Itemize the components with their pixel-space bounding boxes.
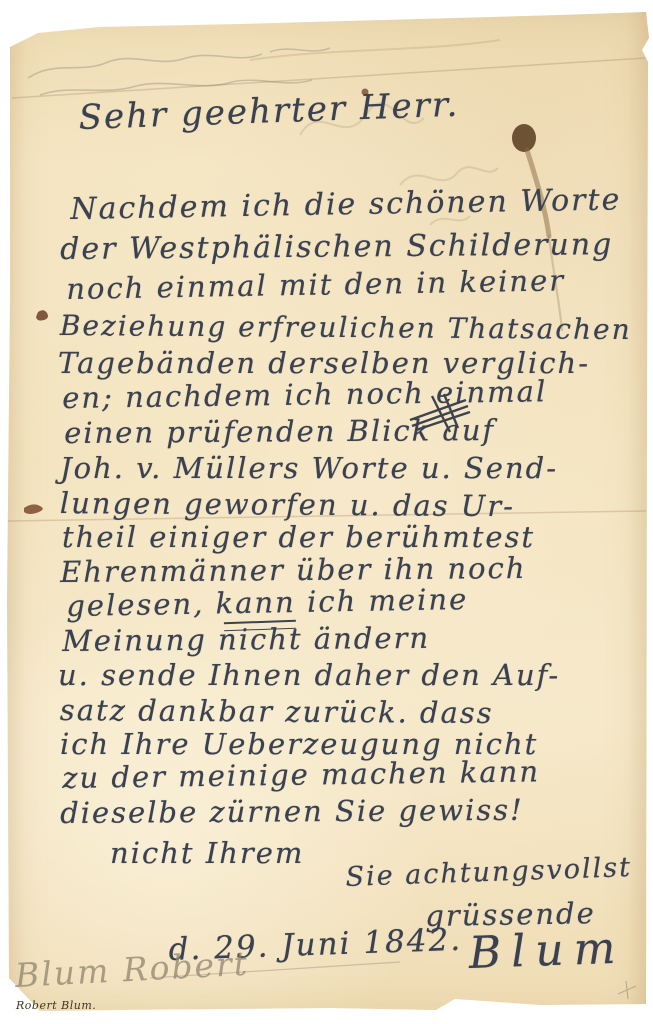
body-line: Joh. v. Müllers Worte u. Send- xyxy=(60,451,558,485)
stain-fleck xyxy=(24,310,48,514)
signature: Blum xyxy=(468,923,626,979)
body-line: der Westphälischen Schilderung xyxy=(60,227,613,267)
body-line: dieselbe zürnen Sie gewiss! xyxy=(60,793,524,830)
printed-name-label: Robert Blum. xyxy=(16,999,96,1012)
body-line: zu der meinige machen kann xyxy=(62,754,540,795)
body-line: satz dankbar zurück. dass xyxy=(60,693,494,730)
corner-mark xyxy=(618,981,636,999)
body-line: nicht Ihrem xyxy=(110,836,304,870)
body-line: lungen geworfen u. das Ur- xyxy=(60,486,515,523)
body-line: en; nachdem ich noch einmal xyxy=(62,374,547,415)
body-line: einen prüfenden Blick auf xyxy=(64,413,495,450)
body-line: u. sende Ihnen daher den Auf- xyxy=(58,658,560,692)
body-line: gelesen, kann ich meine xyxy=(66,582,468,623)
body-line: theil einiger der berühmtest xyxy=(62,520,535,554)
body-line: Beziehung erfreulichen Thatsachen xyxy=(60,309,632,346)
